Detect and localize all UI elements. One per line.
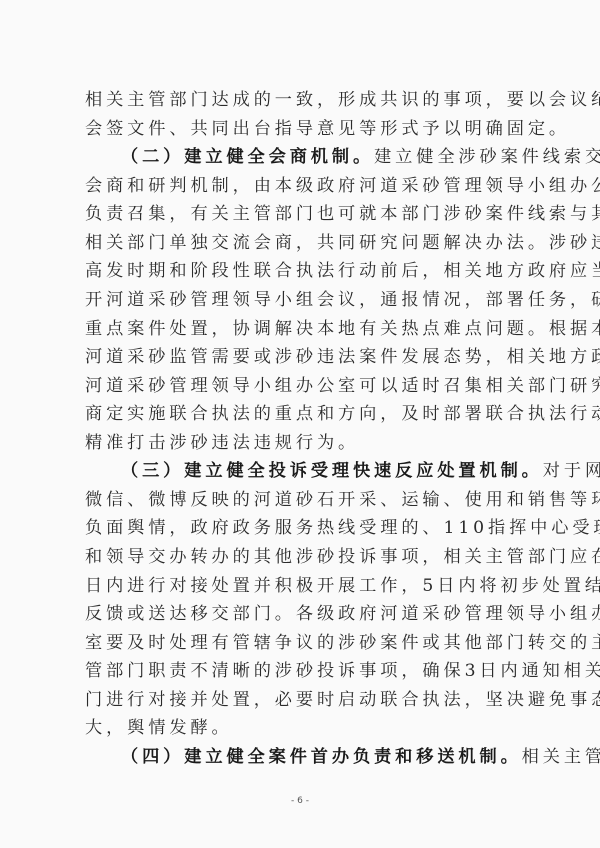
section-text: 对于网络、 — [543, 461, 600, 481]
text-line: 高发时期和阶段性联合执法行动前后，相关地方政府应当召 — [85, 258, 507, 284]
section-heading-line: （三）建立健全投诉受理快速反应处置机制。对于网络、 — [121, 458, 507, 484]
section-heading: （二）建立健全会商机制。 — [121, 147, 374, 167]
text-line: 开河道采砂管理领导小组会议，通报情况，部署任务，研究 — [85, 287, 507, 313]
section-heading: （四）建立健全案件首办负责和移送机制。 — [121, 747, 522, 767]
section-text: 建立健全涉砂案件线索交流 — [374, 147, 600, 167]
text-line: 日内进行对接处置并积极开展工作，5日内将初步处置结果 — [85, 573, 507, 599]
text-line: 精准打击涉砂违法违规行为。 — [85, 430, 507, 456]
text-line: 室要及时处理有管辖争议的涉砂案件或其他部门转交的主 — [85, 630, 507, 656]
text-line: 微信、微博反映的河道砂石开采、运输、使用和销售等环节 — [85, 487, 507, 513]
text-line: 负面舆情，政府政务服务热线受理的、110指挥中心受理的 — [85, 515, 507, 541]
text-line: 大，舆情发酵。 — [85, 715, 507, 741]
text-line: 和领导交办转办的其他涉砂投诉事项，相关主管部门应在3 — [85, 544, 507, 570]
page-number: - 6 - — [0, 796, 600, 806]
document-page: 相关主管部门达成的一致，形成共识的事项，要以会议纪要、 会签文件、共同出台指导意… — [0, 0, 600, 848]
text-line: 负责召集，有关主管部门也可就本部门涉砂案件线索与其他 — [85, 201, 507, 227]
text-line: 门进行对接并处置，必要时启动联合执法，坚决避免事态扩 — [85, 687, 507, 713]
section-heading: （三）建立健全投诉受理快速反应处置机制。 — [121, 461, 543, 481]
text-line: 重点案件处置，协调解决本地有关热点难点问题。根据本地 — [85, 316, 507, 342]
section-heading-line: （四）建立健全案件首办负责和移送机制。相关主管部 — [121, 744, 507, 770]
text-line: 相关部门单独交流会商，共同研究问题解决办法。涉砂违法 — [85, 230, 507, 256]
text-line: 河道采砂监管需要或涉砂违法案件发展态势，相关地方政府 — [85, 344, 507, 370]
text-line: 管部门职责不清晰的涉砂投诉事项，确保3日内通知相关部 — [85, 658, 507, 684]
text-line: 相关主管部门达成的一致，形成共识的事项，要以会议纪要、 — [85, 87, 507, 113]
text-line: 商定实施联合执法的重点和方向，及时部署联合执法行动， — [85, 401, 507, 427]
text-line: 会签文件、共同出台指导意见等形式予以明确固定。 — [85, 116, 507, 142]
text-line: 河道采砂管理领导小组办公室可以适时召集相关部门研究 — [85, 373, 507, 399]
text-line: 反馈或送达移交部门。各级政府河道采砂管理领导小组办公 — [85, 601, 507, 627]
section-heading-line: （二）建立健全会商机制。建立健全涉砂案件线索交流 — [121, 144, 507, 170]
text-line: 会商和研判机制，由本级政府河道采砂管理领导小组办公室 — [85, 173, 507, 199]
section-text: 相关主管部 — [522, 747, 600, 767]
